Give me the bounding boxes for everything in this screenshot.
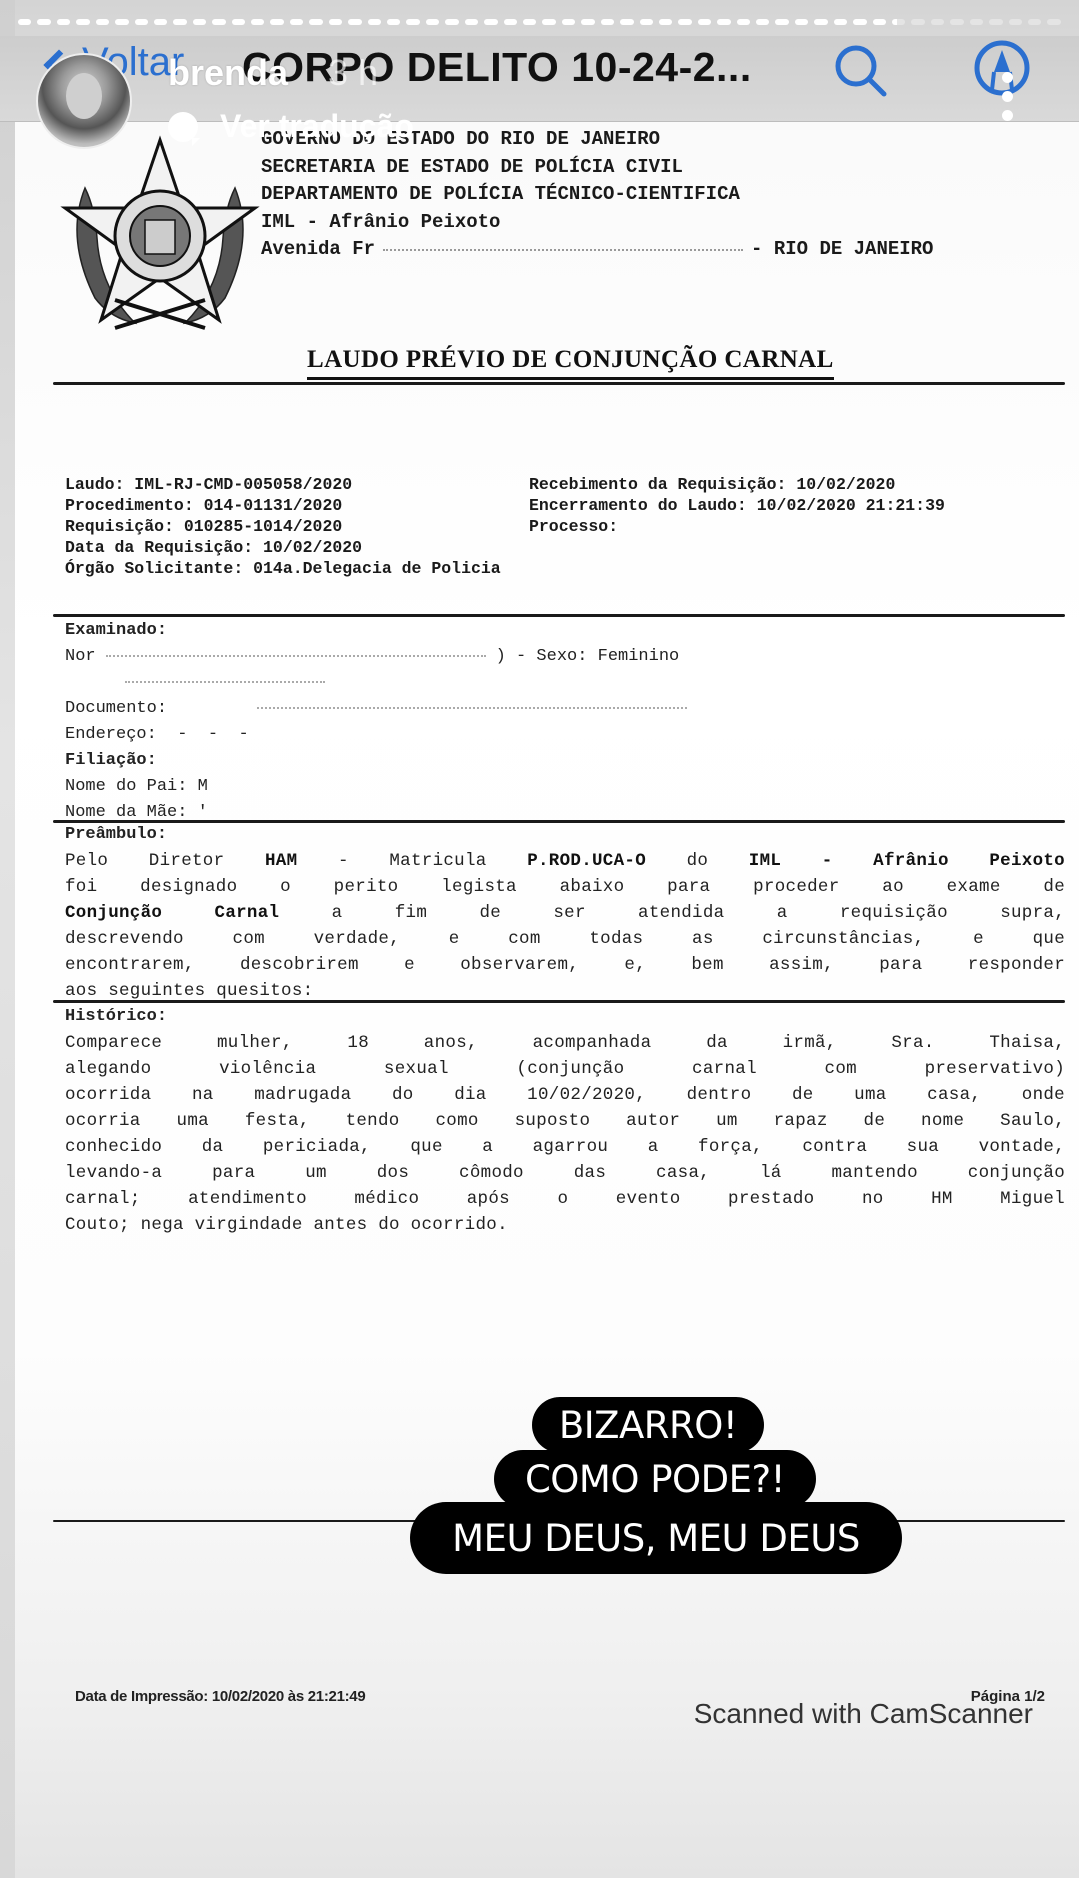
story-progress-segment <box>387 19 400 25</box>
story-progress-segment <box>426 19 439 25</box>
translate-label: Ver tradução <box>220 108 414 145</box>
story-progress-segment <box>873 19 886 25</box>
story-progress-segment <box>406 19 419 25</box>
story-progress-segment <box>18 19 31 25</box>
text-line: descrevendo com verdade, e com todas as … <box>65 926 1065 952</box>
story-progress-segment <box>348 19 361 25</box>
pai-row: Nome do Pai: M <box>65 774 687 800</box>
text-line: foi designado o perito legista abaixo pa… <box>65 874 1065 900</box>
text-line: carnal; atendimento médico após o evento… <box>65 1186 1065 1212</box>
screen-gutter <box>0 0 15 1878</box>
story-progress-segment <box>989 19 1002 25</box>
historico-section: Histórico: Comparece mulher, 18 anos, ac… <box>65 1004 1065 1238</box>
header-line: IML - Afrânio Peixoto <box>261 209 933 237</box>
address-prefix: Avenida Fr <box>261 238 375 260</box>
historico-text: Comparece mulher, 18 anos, acompanhada d… <box>65 1030 1065 1238</box>
historico-label: Histórico: <box>65 1004 1065 1030</box>
document-content: GOVERNO DO ESTADO DO RIO DE JANEIRO SECR… <box>15 120 1079 1878</box>
story-progress-bar <box>18 19 1061 25</box>
sticker-line: MEU DEUS, MEU DEUS <box>410 1502 902 1574</box>
redacted-row <box>65 670 687 696</box>
meta-procedimento: Procedimento: 014-01131/2020 <box>65 495 501 516</box>
meta-orgao: Órgão Solicitante: 014a.Delegacia de Pol… <box>65 558 501 579</box>
story-progress-segment <box>834 19 847 25</box>
agency-header: GOVERNO DO ESTADO DO RIO DE JANEIRO SECR… <box>261 126 933 264</box>
translate-button[interactable]: Ver tradução <box>168 108 414 145</box>
story-progress-segment <box>698 19 711 25</box>
story-progress-segment <box>212 19 225 25</box>
police-crest-icon <box>55 128 265 338</box>
address-line: Avenida Fr- RIO DE JANEIRO <box>261 236 933 264</box>
story-progress-segment <box>892 19 905 25</box>
divider <box>53 1000 1065 1003</box>
story-progress-segment <box>620 19 633 25</box>
story-progress-segment <box>154 19 167 25</box>
redacted-address <box>383 247 743 251</box>
meta-encerramento: Encerramento do Laudo: 10/02/2020 21:21:… <box>529 495 945 516</box>
story-progress-segment <box>1047 19 1060 25</box>
story-progress-segment <box>659 19 672 25</box>
story-progress-segment <box>775 19 788 25</box>
documento-row: Documento: <box>65 696 687 722</box>
header-line: DEPARTAMENTO DE POLÍCIA TÉCNICO-CIENTIFI… <box>261 181 933 209</box>
story-progress-segment <box>290 19 303 25</box>
story-progress-segment <box>1009 19 1022 25</box>
meta-requisicao: Requisição: 010285-1014/2020 <box>65 516 501 537</box>
story-progress-segment <box>368 19 381 25</box>
camscanner-watermark: Scanned with CamScanner <box>694 1698 1033 1730</box>
examinado-label: Examinado: <box>65 618 687 644</box>
story-timestamp: 3 h <box>328 52 378 94</box>
story-progress-segment <box>814 19 827 25</box>
preambulo-section: Preâmbulo: Pelo Diretor HAM - Matricula … <box>65 822 1065 1004</box>
story-progress-segment <box>465 19 478 25</box>
report-meta-right: Recebimento da Requisição: 10/02/2020 En… <box>529 474 945 537</box>
story-progress-segment <box>76 19 89 25</box>
preambulo-text: Pelo Diretor HAM - Matricula P.ROD.UCA-O… <box>65 848 1065 1004</box>
text-line: ocorria uma festa, tendo como suposto au… <box>65 1108 1065 1134</box>
story-progress-segment <box>678 19 691 25</box>
meta-processo: Processo: <box>529 516 945 537</box>
story-progress-segment <box>173 19 186 25</box>
pdf-viewer-toolbar: Voltar CORPO DELITO 10-24-2... <box>0 36 1079 122</box>
story-progress-segment <box>504 19 517 25</box>
story-progress-segment <box>270 19 283 25</box>
document-page: GOVERNO DO ESTADO DO RIO DE JANEIRO SECR… <box>15 120 1079 1878</box>
story-progress-segment <box>523 19 536 25</box>
story-progress-segment <box>96 19 109 25</box>
redacted-name <box>106 655 486 657</box>
story-progress-segment <box>542 19 555 25</box>
story-progress-segment <box>445 19 458 25</box>
text-line: ocorrida na madrugada do dia 10/02/2020,… <box>65 1082 1065 1108</box>
story-progress-segment <box>484 19 497 25</box>
story-progress-segment <box>329 19 342 25</box>
report-title: LAUDO PRÉVIO DE CONJUNÇÃO CARNAL <box>307 346 834 380</box>
text-line: alegando violência sexual (conjunção car… <box>65 1056 1065 1082</box>
story-progress-segment <box>795 19 808 25</box>
story-progress-segment <box>57 19 70 25</box>
examinado-section: Examinado: Nor) - Sexo: Feminino Documen… <box>65 618 687 826</box>
text-line: Conjunção Carnal a fim de ser atendida a… <box>65 900 1065 926</box>
story-progress-segment <box>1028 19 1041 25</box>
divider <box>53 614 1065 617</box>
meta-data-requisicao: Data da Requisição: 10/02/2020 <box>65 537 501 558</box>
story-progress-segment <box>581 19 594 25</box>
report-meta-left: Laudo: IML-RJ-CMD-005058/2020 Procedimen… <box>65 474 501 579</box>
story-progress-segment <box>911 19 924 25</box>
story-progress-segment <box>232 19 245 25</box>
endereco-row: Endereço: - - - <box>65 722 687 748</box>
story-progress-segment <box>37 19 50 25</box>
story-progress-segment <box>640 19 653 25</box>
examinado-name-row: Nor) - Sexo: Feminino <box>65 644 687 670</box>
header-line: SECRETARIA DE ESTADO DE POLÍCIA CIVIL <box>261 154 933 182</box>
divider <box>53 382 1065 385</box>
preambulo-label: Preâmbulo: <box>65 822 1065 848</box>
story-progress-segment <box>193 19 206 25</box>
filiacao-label: Filiação: <box>65 748 687 774</box>
story-progress-segment <box>931 19 944 25</box>
story-progress-segment <box>251 19 264 25</box>
text-line: conhecido da periciada, que a agarrou a … <box>65 1134 1065 1160</box>
print-date: Data de Impressão: 10/02/2020 às 21:21:4… <box>75 1688 365 1705</box>
text-line: levando-a para um dos cômodo das casa, l… <box>65 1160 1065 1186</box>
more-vertical-icon[interactable] <box>1002 72 1014 129</box>
story-progress-segment <box>756 19 769 25</box>
document-title: CORPO DELITO 10-24-2... <box>242 44 752 91</box>
story-username[interactable]: brenda <box>168 52 288 94</box>
story-progress-segment <box>115 19 128 25</box>
search-icon[interactable] <box>832 42 890 100</box>
avatar[interactable] <box>36 53 132 149</box>
text-line: Pelo Diretor HAM - Matricula P.ROD.UCA-O… <box>65 848 1065 874</box>
sticker-line: BIZARRO! <box>532 1397 764 1453</box>
address-suffix: - RIO DE JANEIRO <box>751 238 933 260</box>
translate-icon <box>168 112 198 142</box>
story-progress-segment <box>853 19 866 25</box>
text-line: encontrarem, descobrirem e observarem, e… <box>65 952 1065 978</box>
story-progress-segment <box>970 19 983 25</box>
story-progress-segment <box>717 19 730 25</box>
story-progress-segment <box>309 19 322 25</box>
story-progress-segment <box>950 19 963 25</box>
story-progress-segment <box>562 19 575 25</box>
text-line: Couto; nega virgindade antes do ocorrido… <box>65 1212 1065 1238</box>
sticker-line: COMO PODE?! <box>494 1450 816 1508</box>
story-progress-segment <box>135 19 148 25</box>
story-progress-segment <box>737 19 750 25</box>
meta-recebimento: Recebimento da Requisição: 10/02/2020 <box>529 474 945 495</box>
story-progress-segment <box>601 19 614 25</box>
text-line: Comparece mulher, 18 anos, acompanhada d… <box>65 1030 1065 1056</box>
meta-laudo: Laudo: IML-RJ-CMD-005058/2020 <box>65 474 501 495</box>
redacted-document <box>257 707 687 709</box>
